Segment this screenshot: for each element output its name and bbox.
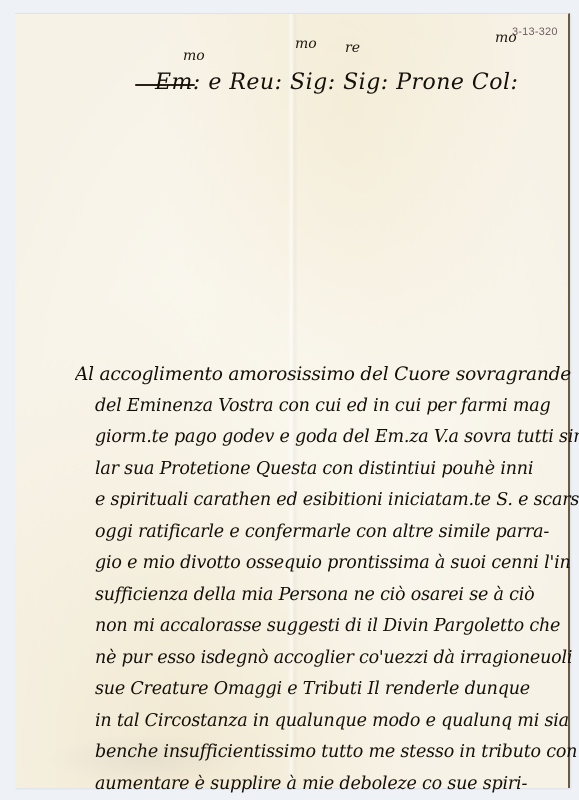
body-line: sufficienza della mia Persona ne ciò osa… [75,585,579,617]
body-line: sue Creature Omaggi e Tributi Il renderl… [75,679,579,711]
body-line: del Eminenza Vostra con cui ed in cui pe… [75,396,579,428]
body-line: lar sua Protetione Questa con distintiui… [75,459,579,491]
salutation: mo mo re mo Em: e Reu: Sig: Sig: Prone C… [145,40,535,110]
body-line: gio e mio divotto ossequio prontissima à… [75,553,579,585]
body-line: non mi accalorasse suggesti di il Divin … [75,616,579,648]
body-line: Al accoglimento amorosissimo del Cuore s… [75,364,579,396]
salutation-superscript: mo [295,36,317,52]
body-line: giorm.te pago godev e goda del Em.za V.a… [75,427,579,459]
body-line: e spirituali carathen ed esibitioni inic… [75,490,579,522]
salutation-superscript: re [345,40,360,56]
body-line: nè pur esso isdegnò accoglier co'uezzi d… [75,648,579,680]
letter-body: Al accoglimento amorosissimo del Cuore s… [75,364,579,800]
salutation-superscript: mo [183,48,205,64]
body-line: benche insufficientissimo tutto me stess… [75,742,579,774]
salutation-line: Em: e Reu: Sig: Sig: Prone Col: [155,70,518,95]
manuscript-page: 3-13-320 mo mo re mo Em: e Reu: Sig: Sig… [15,13,570,788]
body-line: in tal Circostanza in qualunque modo e q… [75,711,579,743]
salutation-superscript: mo [495,30,517,46]
body-line: oggi ratificarle e confermarle con altre… [75,522,579,554]
archive-number: 3-13-320 [512,26,558,38]
body-line: aumentare è supplire à mie deboleze co s… [75,774,579,800]
